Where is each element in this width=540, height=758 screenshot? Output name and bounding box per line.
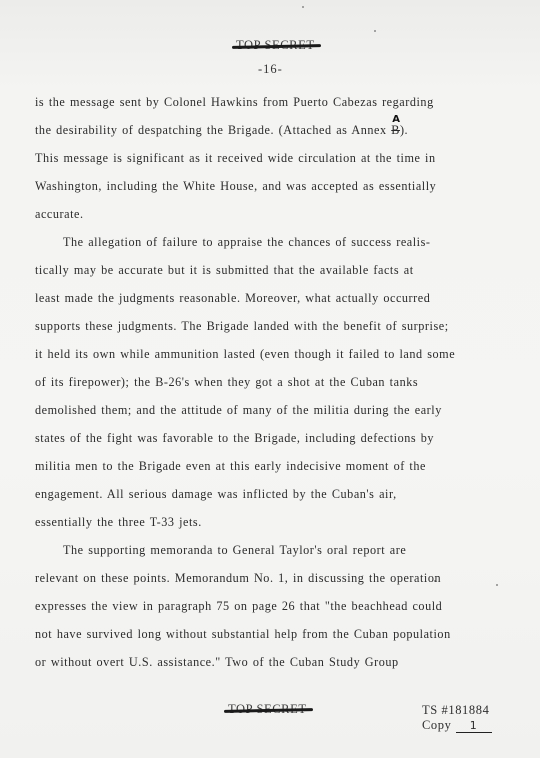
text-line: it held its own while ammunition lasted … — [35, 344, 525, 372]
text-line-annex: the desirability of despatching the Brig… — [35, 120, 525, 148]
text-line: demolished them; and the attitude of man… — [35, 400, 525, 428]
text-line: is the message sent by Colonel Hawkins f… — [35, 92, 525, 120]
paragraph-start-line: The supporting memoranda to General Tayl… — [35, 540, 525, 568]
text-line: essentially the three T-33 jets. — [35, 512, 525, 540]
text-line: least made the judgments reasonable. Mor… — [35, 288, 525, 316]
copy-number-line: Copy 1 — [422, 718, 492, 733]
scan-speck — [302, 6, 304, 8]
paragraph-start-line: The allegation of failure to appraise th… — [35, 232, 525, 260]
body-text: is the message sent by Colonel Hawkins f… — [35, 92, 525, 680]
text-line: supports these judgments. The Brigade la… — [35, 316, 525, 344]
text-segment: the desirability of despatching the Brig… — [35, 123, 391, 137]
scan-speck — [374, 30, 376, 32]
text-line: Washington, including the White House, a… — [35, 176, 525, 204]
text-line: expresses the view in paragraph 75 on pa… — [35, 596, 525, 624]
text-line: accurate. — [35, 204, 525, 232]
annex-handwritten-correction: A — [392, 110, 400, 130]
text-line: not have survived long without substanti… — [35, 624, 525, 652]
text-line: militia men to the Brigade even at this … — [35, 456, 525, 484]
text-line: relevant on these points. Memorandum No.… — [35, 568, 525, 596]
text-line: of its firepower); the B-26's when they … — [35, 372, 525, 400]
page-number: -16- — [258, 62, 283, 77]
copy-number-handwritten: 1 — [456, 720, 492, 733]
copy-label: Copy — [422, 718, 452, 733]
text-line: tically may be accurate but it is submit… — [35, 260, 525, 288]
document-page: TOP SECRET -16- is the message sent by C… — [0, 0, 540, 758]
header-classification-stamp: TOP SECRET — [236, 38, 315, 53]
footer-classification-stamp: TOP SECRET — [228, 702, 307, 717]
control-number-block: TS #181884 Copy 1 — [422, 703, 492, 733]
annex-reference: BA — [391, 120, 400, 140]
text-line: or without overt U.S. assistance." Two o… — [35, 652, 525, 680]
text-line: This message is significant as it receiv… — [35, 148, 525, 176]
text-segment: ). — [400, 123, 408, 137]
text-line: engagement. All serious damage was infli… — [35, 484, 525, 512]
control-number: TS #181884 — [422, 703, 492, 718]
text-line: states of the fight was favorable to the… — [35, 428, 525, 456]
